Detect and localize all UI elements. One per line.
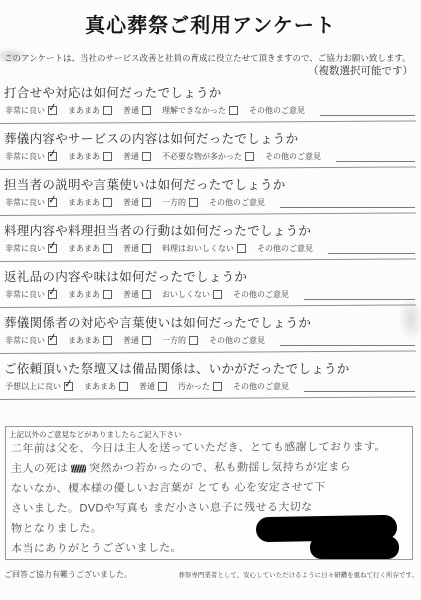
option-label: 非常に良い: [5, 197, 45, 208]
options-row: 非常に良い まあまあ 普通 一方的 その他のご意見: [5, 335, 415, 346]
question-title: 葬儀内容やサービスの内容は如何だったでしょうか: [4, 132, 421, 147]
redaction-bar: [310, 536, 399, 559]
checkbox: [142, 198, 151, 207]
option: 非常に良い: [5, 197, 57, 208]
option-label: 普通: [139, 381, 155, 392]
section-divider: [0, 166, 416, 170]
checkbox: [103, 198, 112, 207]
option-label: 非常に良い: [5, 243, 45, 254]
question-title: 葬儀関係者の対応や言葉使いは如何だったでしょうか: [4, 316, 421, 331]
option: 非常に良い: [5, 289, 57, 300]
section-divider: [0, 304, 416, 308]
option: まあまあ: [68, 335, 112, 346]
handwritten-text: 突然かつ若かったので、私も動揺し気持ちが定まら: [89, 461, 351, 474]
options-row: 非常に良い まあまあ 普通 不必要な物が多かった その他のご意見: [5, 151, 415, 162]
other-opinion-label: その他のご意見: [209, 197, 265, 208]
option: 不必要な物が多かった: [162, 151, 254, 162]
other-opinion-label: その他のご意見: [209, 335, 265, 346]
option: 普通: [123, 243, 151, 254]
writein-line: [320, 106, 415, 116]
handwritten-line: ないなか、榎本様の優しいお言葉が とても 心を安定させて下: [11, 477, 413, 499]
question-section: 葬儀内容やサービスの内容は如何だったでしょうか 非常に良い まあまあ 普通 不必…: [0, 132, 421, 170]
other-opinion-label: その他のご意見: [233, 381, 289, 392]
option-label: 一方的: [162, 197, 186, 208]
option-label: 非常に良い: [5, 335, 45, 346]
checkbox: [142, 152, 151, 161]
option-label: 普通: [123, 289, 139, 300]
option: 一方的: [162, 197, 198, 208]
option-label: 汚かった: [178, 381, 210, 392]
question-list: 打合せや対応は如何だったでしょうか 非常に良い まあまあ 普通 理解できなかった…: [0, 86, 421, 400]
option: 普通: [123, 335, 151, 346]
scanned-survey-page: 真心葬祭ご利用アンケート このアンケートは、当社のサービス改善と社員の育成に役立…: [0, 0, 421, 600]
checkbox: [237, 244, 246, 253]
other-opinion-label: その他のご意見: [265, 151, 321, 162]
option-label: おいしくない: [162, 289, 210, 300]
option: 料理はおいしくない: [162, 243, 246, 254]
option-label: まあまあ: [68, 243, 100, 254]
option: おいしくない: [162, 289, 222, 300]
option-label: 普通: [123, 151, 139, 162]
writein-line: [328, 244, 415, 254]
option-label: 不必要な物が多かった: [162, 151, 242, 162]
checkbox: [142, 290, 151, 299]
footer: ご回答ご協力有難うございました。 葬祭専門業者として、安心していただけるように日…: [4, 569, 418, 580]
checkbox: [213, 382, 222, 391]
checkbox: [119, 382, 128, 391]
option-label: 理解できなかった: [162, 105, 226, 116]
option: 理解できなかった: [162, 105, 238, 116]
question-title: ご依頼頂いた祭壇又は備品関係は、いかがだったでしょうか: [4, 362, 421, 377]
option: 普通: [139, 381, 167, 392]
option: まあまあ: [68, 151, 112, 162]
writein-line: [336, 152, 415, 162]
other-opinion-label: その他のご意見: [249, 105, 305, 116]
option-label: まあまあ: [68, 335, 100, 346]
checkbox: [103, 336, 112, 345]
question-section: 葬儀関係者の対応や言葉使いは如何だったでしょうか 非常に良い まあまあ 普通 一…: [0, 316, 421, 354]
other-opinion-label: その他のご意見: [233, 289, 289, 300]
option: 非常に良い: [5, 105, 57, 116]
checkbox: [142, 336, 151, 345]
option: 汚かった: [178, 381, 222, 392]
question-title: 担当者の説明や言葉使いは如何だったでしょうか: [4, 178, 421, 193]
option: 非常に良い: [5, 243, 57, 254]
section-divider: [0, 258, 416, 262]
checkbox: [103, 106, 112, 115]
options-row: 予想以上に良い まあまあ 普通 汚かった その他のご意見: [5, 381, 415, 392]
option-label: 非常に良い: [5, 151, 45, 162]
checkbox-checked: [48, 152, 57, 161]
option-label: 一方的: [162, 335, 186, 346]
multiple-choice-note: （複数選択可能です）: [0, 65, 413, 78]
checkbox-checked: [48, 290, 57, 299]
option: 普通: [123, 151, 151, 162]
question-title: 返礼品の内容や味は如何だったでしょうか: [4, 270, 421, 285]
question-section: 返礼品の内容や味は如何だったでしょうか 非常に良い まあまあ 普通 おいしくない…: [0, 270, 421, 308]
section-divider: [0, 212, 416, 216]
section-divider: [0, 350, 416, 354]
option-label: 普通: [123, 243, 139, 254]
option-label: 予想以上に良い: [5, 381, 61, 392]
checkbox: [158, 382, 167, 391]
checkbox: [103, 244, 112, 253]
option-label: 非常に良い: [5, 289, 45, 300]
checkbox: [245, 152, 254, 161]
option: まあまあ: [68, 197, 112, 208]
option-label: まあまあ: [68, 105, 100, 116]
option-label: まあまあ: [84, 381, 116, 392]
option: 普通: [123, 289, 151, 300]
free-comment-box: 上記以外のご意見などがありましたらご記入下さい 二年前は父を、今日は主人を送って…: [5, 426, 413, 560]
other-opinion-label: その他のご意見: [257, 243, 313, 254]
option: 普通: [123, 197, 151, 208]
checkbox: [103, 152, 112, 161]
question-section: 料理内容や料理担当者の行動は如何だったでしょうか 非常に良い まあまあ 普通 料…: [0, 224, 421, 262]
checkbox-checked: [64, 382, 73, 391]
option-label: 普通: [123, 197, 139, 208]
writein-line: [304, 382, 415, 392]
checkbox-checked: [48, 106, 57, 115]
option-label: 普通: [123, 105, 139, 116]
checkbox: [142, 106, 151, 115]
checkbox: [103, 290, 112, 299]
options-row: 非常に良い まあまあ 普通 一方的 その他のご意見: [5, 197, 415, 208]
option: まあまあ: [84, 381, 128, 392]
option: まあまあ: [68, 105, 112, 116]
writein-line: [280, 198, 415, 208]
option-label: 普通: [123, 335, 139, 346]
option-label: 非常に良い: [5, 105, 45, 116]
question-section: 打合せや対応は如何だったでしょうか 非常に良い まあまあ 普通 理解できなかった…: [0, 86, 421, 124]
checkbox-checked: [48, 198, 57, 207]
writein-line: [304, 290, 415, 300]
option-label: まあまあ: [68, 197, 100, 208]
checkbox: [213, 290, 222, 299]
option: 一方的: [162, 335, 198, 346]
writein-line: [280, 336, 415, 346]
options-row: 非常に良い まあまあ 普通 おいしくない その他のご意見: [5, 289, 415, 300]
option-label: 料理はおいしくない: [162, 243, 234, 254]
footer-thanks-text: ご回答ご協力有難うございました。: [4, 569, 132, 580]
question-section: ご依頼頂いた祭壇又は備品関係は、いかがだったでしょうか 予想以上に良い まあまあ…: [0, 362, 421, 400]
section-divider: [0, 120, 416, 124]
handwritten-line: 二年前は父を、今日は主人を送っていただき、とても感謝しております。: [11, 437, 413, 459]
page-title: 真心葬祭ご利用アンケート: [0, 13, 421, 39]
option-label: まあまあ: [68, 151, 100, 162]
option: 普通: [123, 105, 151, 116]
question-section: 担当者の説明や言葉使いは如何だったでしょうか 非常に良い まあまあ 普通 一方的…: [0, 178, 421, 216]
question-title: 打合せや対応は如何だったでしょうか: [4, 86, 421, 101]
footer-company-note: 葬祭専門業者として、安心していただけるように日々研鑽を重ねて行く所存です。: [178, 570, 418, 579]
section-divider: [0, 396, 416, 400]
option: 予想以上に良い: [5, 381, 73, 392]
checkbox-checked: [48, 244, 57, 253]
option: まあまあ: [68, 289, 112, 300]
question-title: 料理内容や料理担当者の行動は如何だったでしょうか: [4, 224, 421, 239]
option: まあまあ: [68, 243, 112, 254]
checkbox: [189, 198, 198, 207]
option: 非常に良い: [5, 335, 57, 346]
handwritten-line: 主人の死は突然かつ若かったので、私も動揺し気持ちが定まら: [11, 457, 413, 479]
options-row: 非常に良い まあまあ 普通 料理はおいしくない その他のご意見: [5, 243, 415, 254]
handwritten-text: 主人の死は: [11, 463, 68, 475]
option-label: まあまあ: [68, 289, 100, 300]
checkbox: [189, 336, 198, 345]
checkbox-checked: [48, 336, 57, 345]
options-row: 非常に良い まあまあ 普通 理解できなかった その他のご意見: [5, 105, 415, 116]
crossed-out-scribble: [71, 465, 86, 473]
checkbox: [229, 106, 238, 115]
intro-text: このアンケートは、当社のサービス改善と社員の育成に役立たせて頂きますので、ご協力…: [4, 53, 418, 63]
checkbox: [142, 244, 151, 253]
option: 非常に良い: [5, 151, 57, 162]
